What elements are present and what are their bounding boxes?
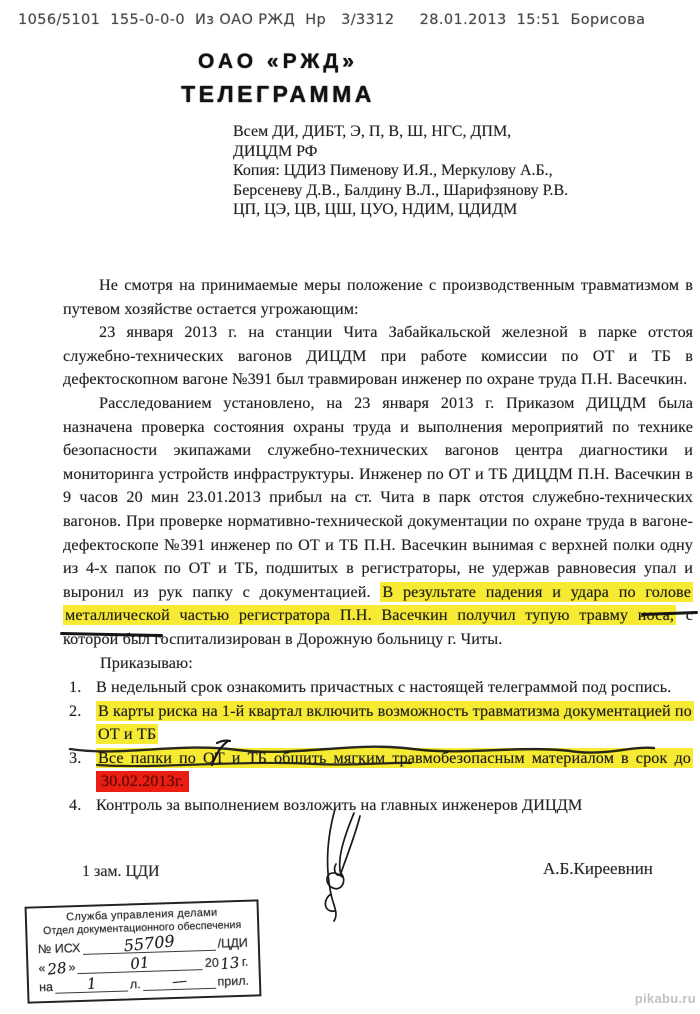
handwritten-outgoing-number: 55709: [123, 935, 175, 951]
order-number: 2.: [69, 700, 81, 724]
recipient-line: Копия: ЦДИЗ Пименову И.Я., Меркулову А.Б…: [233, 161, 673, 181]
recipient-line: ДИЦДМ РФ: [233, 142, 673, 162]
handwritten-signature: [300, 806, 382, 924]
handwritten-month: 01: [130, 957, 150, 970]
stamp-year-printed: 20: [203, 956, 221, 971]
stamp-date-row: « 28 » 01 2013г.: [36, 954, 250, 976]
paragraph-investigation: Расследованием установлено, на 23 января…: [63, 392, 693, 652]
stamp-sheets-row: на 1 л. — прил.: [37, 973, 251, 995]
signer-name: А.Б.Киреевнин: [543, 859, 653, 879]
red-highlighted-date: 30.02.2013г.: [96, 771, 189, 792]
site-watermark: pikabu.ru: [635, 991, 696, 1006]
paragraph-incident: 23 января 2013 г. на станции Чита Забайк…: [63, 321, 693, 392]
stamp-number-field: 55709: [82, 936, 216, 955]
stamp-pril-label: прил.: [215, 974, 251, 989]
handwritten-sheet-count: 1: [86, 978, 97, 990]
recipient-line: ЦП, ЦЭ, ЦВ, ЦШ, ЦУО, НДИМ, ЦДИДМ: [233, 200, 673, 220]
organization-name: ОАО «РЖД»: [0, 50, 556, 74]
stamp-number-suffix: /ЦДИ: [215, 936, 250, 951]
recipient-line: Берсеневу Д.В., Балдину В.Л., Шарифзянов…: [233, 181, 673, 201]
stamp-na-label: на: [37, 980, 55, 995]
order-number: 1.: [69, 676, 81, 700]
order-number: 4.: [69, 794, 81, 818]
scanned-telegram-page: 1056/5101 155-0-0-0 Из ОАО РЖД Нр 3/3312…: [0, 0, 700, 1014]
telegram-body: Не смотря на принимаемые меры положение …: [63, 274, 693, 818]
recipient-line: Всем ДИ, ДИБТ, Э, П, В, Ш, НГС, ДПМ,: [233, 122, 673, 142]
registration-stamp: Служба управления делами Отдел документа…: [25, 899, 262, 1003]
pen-underline-date: [95, 757, 413, 771]
signer-position: 1 зам. ЦДИ: [82, 863, 160, 881]
order-heading: Приказываю:: [63, 652, 693, 676]
recipients-block: Всем ДИ, ДИБТ, Э, П, В, Ш, НГС, ДПМ, ДИЦ…: [233, 122, 673, 220]
pen-checkmark: [208, 738, 232, 768]
handwritten-day: 28: [47, 963, 67, 976]
order-text: В недельный срок ознакомить причастных с…: [96, 678, 671, 696]
stamp-attachment-field: —: [142, 974, 215, 991]
handwritten-year: 13: [220, 957, 240, 970]
order-item-1: 1. В недельный срок ознакомить причастны…: [63, 676, 693, 700]
stamp-l-label: л.: [128, 977, 143, 991]
quote-close: »: [66, 960, 77, 974]
stamp-number-label: № ИСХ: [36, 941, 83, 956]
fax-transmission-header: 1056/5101 155-0-0-0 Из ОАО РЖД Нр 3/3312…: [18, 12, 678, 28]
handwritten-attachment-dash: —: [171, 975, 187, 987]
document-type: ТЕЛЕГРАММА: [0, 81, 556, 108]
stamp-year-suffix: г.: [240, 955, 251, 969]
document-title-block: ОАО «РЖД» ТЕЛЕГРАММА: [0, 50, 556, 108]
paragraph-intro: Не смотря на принимаемые меры положение …: [63, 274, 693, 321]
stamp-sheets-field: 1: [55, 976, 128, 993]
